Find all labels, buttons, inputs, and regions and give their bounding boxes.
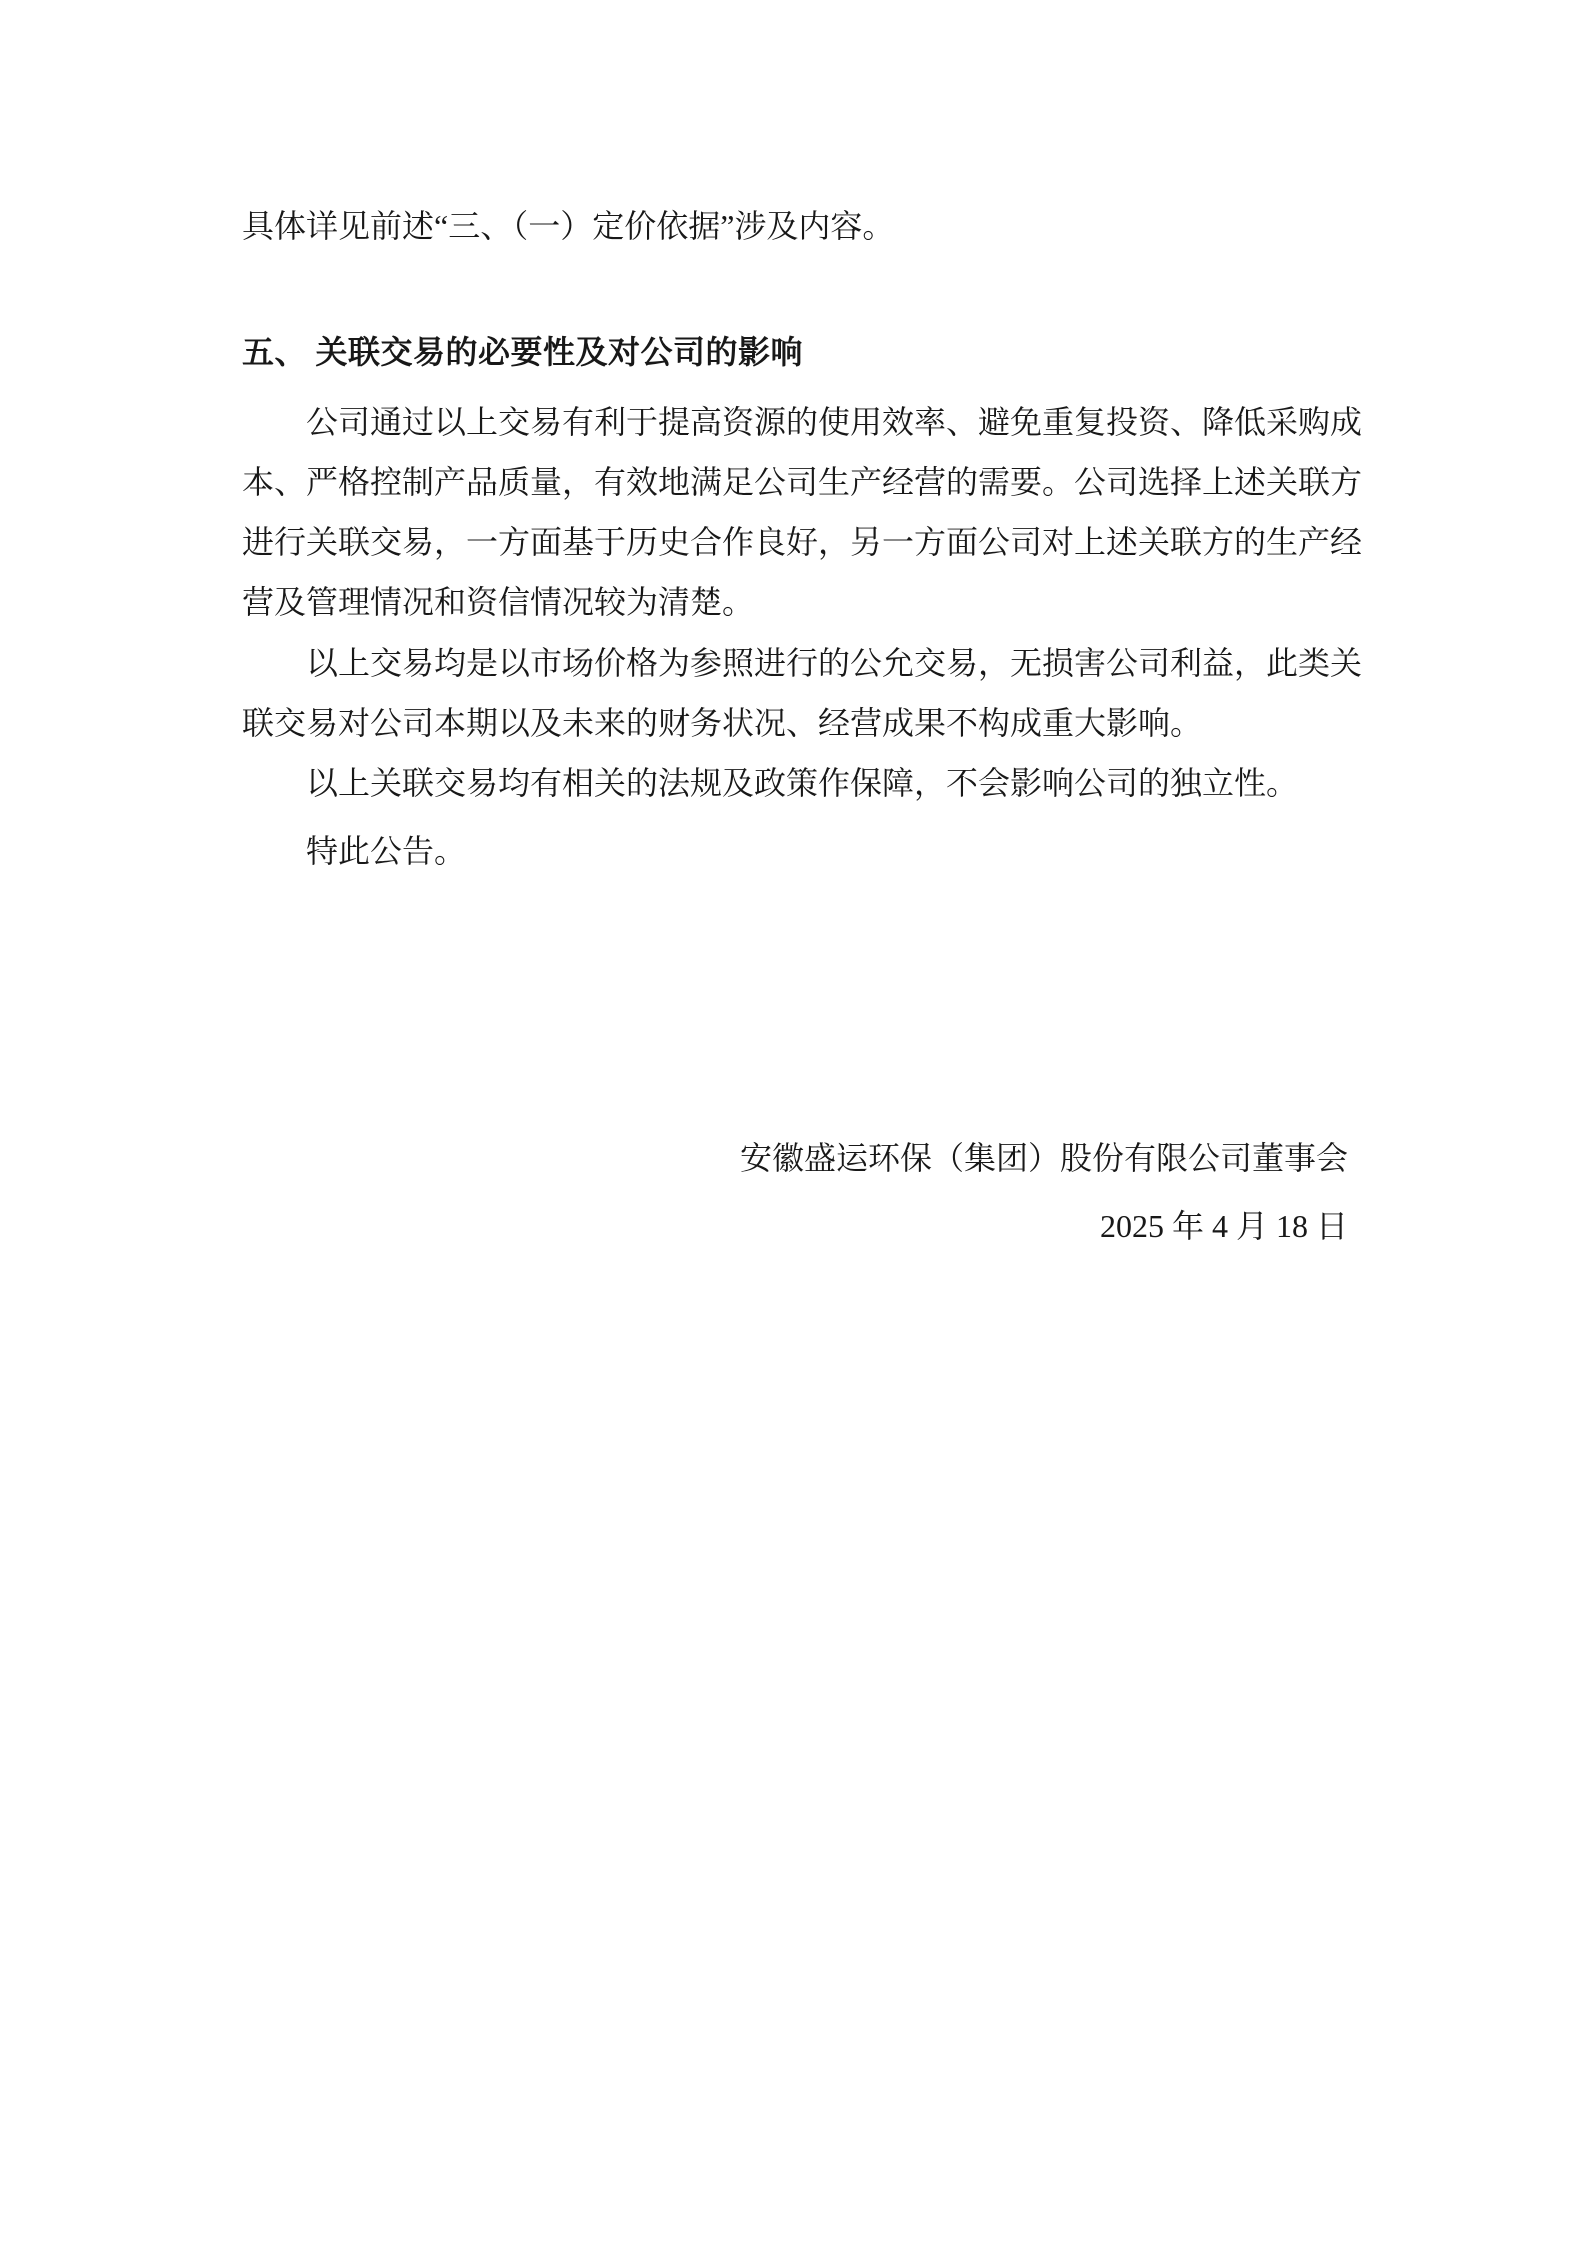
body-line: 以上交易均是以市场价格为参照进行的公允交易，无损害公司利益，此类关 [242, 633, 1348, 693]
body-line: 进行关联交易，一方面基于历史合作良好，另一方面公司对上述关联方的生产经 [242, 512, 1348, 572]
date-block: 2025 年 4 月 18 日 [242, 1196, 1348, 1256]
document-page: 具体详见前述“三、（一）定价依据”涉及内容。 五、 关联交易的必要性及对公司的影… [0, 0, 1587, 2245]
section-heading-text: 五、 关联交易的必要性及对公司的影响 [242, 322, 1348, 382]
body-line: 营及管理情况和资信情况较为清楚。 [242, 572, 1348, 632]
intro-line: 具体详见前述“三、（一）定价依据”涉及内容。 [242, 196, 1348, 256]
body-line: 公司通过以上交易有利于提高资源的使用效率、避免重复投资、降低采购成 [242, 392, 1348, 452]
intro-paragraph: 具体详见前述“三、（一）定价依据”涉及内容。 [242, 196, 1348, 256]
paragraph-2: 以上交易均是以市场价格为参照进行的公允交易，无损害公司利益，此类关 联交易对公司… [242, 633, 1348, 753]
signature-line: 安徽盛运环保（集团）股份有限公司董事会 [740, 1140, 1348, 1176]
signature-block: 安徽盛运环保（集团）股份有限公司董事会 [242, 1128, 1348, 1188]
body-line: 本、严格控制产品质量，有效地满足公司生产经营的需要。公司选择上述关联方 [242, 452, 1348, 512]
date-line: 2025 年 4 月 18 日 [1100, 1208, 1348, 1244]
section-heading: 五、 关联交易的必要性及对公司的影响 [242, 322, 1348, 382]
closing-statement: 特此公告。 [242, 821, 1348, 881]
body-line: 联交易对公司本期以及未来的财务状况、经营成果不构成重大影响。 [242, 693, 1348, 753]
paragraph-1: 公司通过以上交易有利于提高资源的使用效率、避免重复投资、降低采购成 本、严格控制… [242, 392, 1348, 632]
body-line: 特此公告。 [242, 821, 1348, 881]
body-line: 以上关联交易均有相关的法规及政策作保障，不会影响公司的独立性。 [242, 753, 1348, 813]
paragraph-3: 以上关联交易均有相关的法规及政策作保障，不会影响公司的独立性。 [242, 753, 1348, 813]
